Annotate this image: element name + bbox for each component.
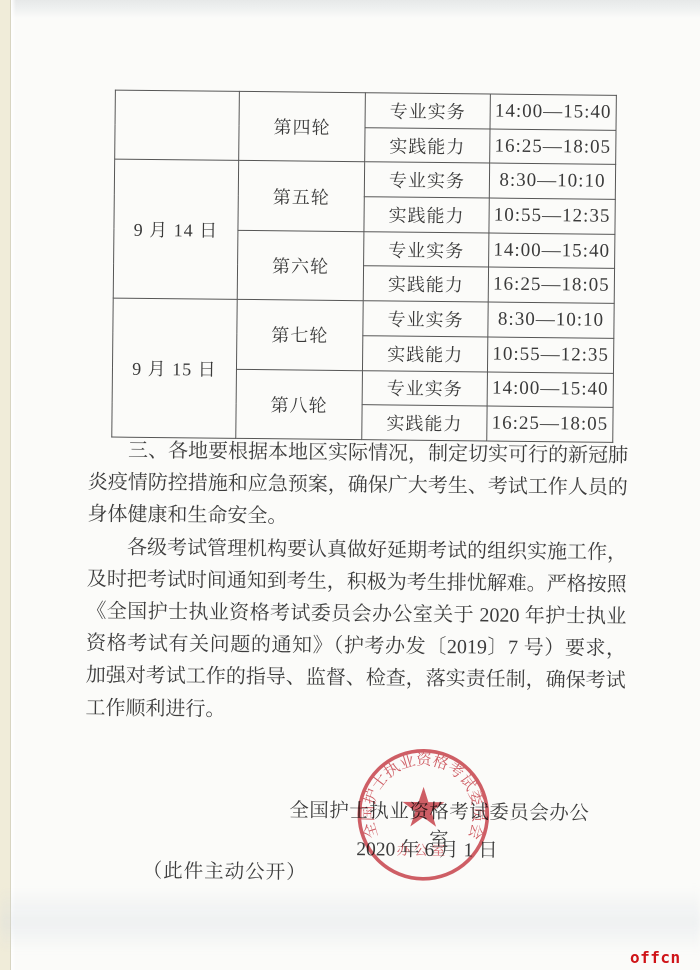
time-cell: 16:25—18:05 [490,129,616,165]
body-line: 身体健康和生命安全。 [87,499,627,537]
subject-cell: 实践能力 [363,266,488,302]
subject-cell: 实践能力 [362,335,487,371]
table-row: 9 月 15 日 第七轮 专业实务 8:30—10:10 [113,298,614,338]
round-cell: 第六轮 [237,230,364,301]
disclosure-note: （此件主动公开） [143,855,307,885]
round-cell: 第八轮 [236,369,363,440]
subject-cell: 实践能力 [365,127,490,163]
time-cell: 14:00—15:40 [489,233,615,269]
time-cell: 16:25—18:05 [488,267,614,303]
exam-schedule-table: 第四轮 专业实务 14:00—15:40 实践能力 16:25—18:05 9 … [111,90,617,443]
round-cell: 第四轮 [239,91,366,162]
time-cell: 10:55—12:35 [489,198,615,234]
time-cell: 14:00—15:40 [490,94,616,130]
time-cell: 10:55—12:35 [487,337,613,373]
subject-cell: 专业实务 [362,370,487,406]
subject-cell: 实践能力 [364,197,489,233]
subject-cell: 实践能力 [362,405,487,441]
subject-cell: 专业实务 [364,162,489,198]
time-cell: 16:25—18:05 [487,406,613,442]
subject-cell: 专业实务 [363,301,488,337]
seal-office-text: 办公室 [397,842,450,859]
subject-cell: 专业实务 [365,93,490,129]
round-cell: 第七轮 [236,299,363,370]
date-cell: 9 月 15 日 [112,298,237,438]
seal-star-icon [402,787,444,827]
date-cell: 9 月 14 日 [113,159,238,299]
body-line: 各级考试管理机构要认真做好延期考试的组织实施工作， [87,531,627,569]
notice-body: 三、各地要根据本地区实际情况，制定切实可行的新冠肺 炎疫情防控措施和应急预案，确… [85,434,628,729]
document-content: 第四轮 专业实务 14:00—15:40 实践能力 16:25—18:05 9 … [0,0,700,970]
table-row: 9 月 14 日 第五轮 专业实务 8:30—10:10 [114,159,615,199]
official-seal: 全国护士执业资格考试委员会 办公室 [353,744,494,885]
body-line: 加强对考试工作的指导、监督、检查，落实责任制，确保考试 [86,660,626,698]
round-cell: 第五轮 [238,161,365,232]
table-row: 第四轮 专业实务 14:00—15:40 [115,90,616,130]
time-cell: 8:30—10:10 [489,163,615,199]
date-cell [115,90,240,161]
time-cell: 14:00—15:40 [487,371,613,407]
body-line: 工作顺利进行。 [85,692,625,730]
subject-cell: 专业实务 [364,231,489,267]
scanned-notice-page: { "schedule_table": { "rows": [ {"date":… [0,0,700,970]
offcn-watermark: offcn [630,948,681,967]
time-cell: 8:30—10:10 [488,302,614,338]
